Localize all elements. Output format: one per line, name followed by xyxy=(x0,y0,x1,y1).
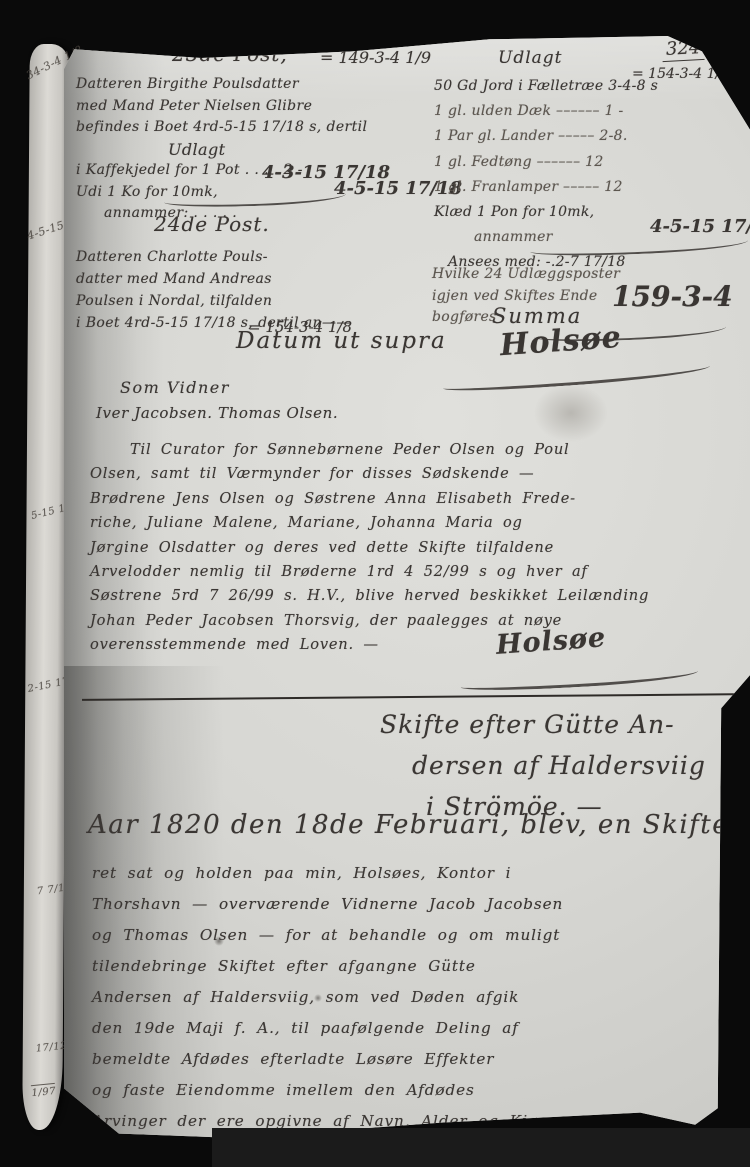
manuscript-line: Hvilke 24 Udlæggsposter xyxy=(432,264,620,286)
entry-body-paragraph: ret sat og holden paa min, Holsøes, Kont… xyxy=(92,858,748,1137)
heading-line: dersen af Haldersviig xyxy=(362,745,706,786)
manuscript-line: den 19de Maji f. A., til paafølgende Del… xyxy=(92,1013,748,1044)
manuscript-line: Jørgine Olsdatter og deres ved dette Ski… xyxy=(90,536,750,560)
manuscript-line: 1 gl. Franlamper ––––– 12 xyxy=(434,175,658,200)
udlagt-subheading: Udlagt xyxy=(498,48,563,68)
manuscript-line: riche, Juliane Malene, Mariane, Johanna … xyxy=(90,511,750,535)
paper-stain xyxy=(534,384,608,442)
summa-value: 159-3-4 xyxy=(612,280,733,313)
skifte-entry-heading: Skifte efter Gütte An- dersen af Halders… xyxy=(362,704,706,827)
datum-ut-supra: Datum ut supra xyxy=(236,328,447,354)
curator-paragraph: Til Curator for Sønnebørnene Peder Olsen… xyxy=(90,438,750,658)
manuscript-line: Datteren Charlotte Pouls- xyxy=(76,246,351,268)
manuscript-line: og faste Eiendomme imellem den Afdødes xyxy=(92,1075,748,1106)
margin-sum-fragment: 1/97 xyxy=(31,1083,57,1099)
manuscript-line: 50 Gd Jord i Fælletræe 3-4-8 s xyxy=(434,74,658,99)
manuscript-line: Johan Peder Jacobsen Thorsvig, der paale… xyxy=(90,609,750,633)
manuscript-line: Datteren Birgithe Poulsdatter xyxy=(76,74,367,96)
archive-scan: 34-3-4 1/8 4-5-15 5-15 17/18 2-15 17/18 … xyxy=(0,0,750,1167)
entry-opening-line: Aar 1820 den 18de Februari, blev, en Ski… xyxy=(88,810,739,840)
facing-page-edge: 34-3-4 1/8 4-5-15 5-15 17/18 2-15 17/18 … xyxy=(22,44,70,1130)
manuscript-line: Arvelodder nemlig til Brøderne 1rd 4 52/… xyxy=(90,560,750,584)
manuscript-line: Brødrene Jens Olsen og Søstrene Anna Eli… xyxy=(90,487,750,511)
manuscript-line: Klæd 1 Pon for 10mk, xyxy=(434,200,658,225)
manuscript-line: bemeldte Afdødes efterladte Løsøre Effek… xyxy=(92,1044,748,1075)
manuscript-line: Søstrene 5rd 7 26/99 s. H.V., blive herv… xyxy=(90,584,750,608)
witness-signatures: Iver Jacobsen. Thomas Olsen. xyxy=(96,404,338,422)
manuscript-line: og Thomas Olsen — for at behandle og om … xyxy=(92,920,748,951)
manuscript-line: tilendebringe Skiftet efter afgangne Güt… xyxy=(92,951,748,982)
margin-sum-fragment: 17/12 xyxy=(35,1041,67,1055)
manuscript-line: Olsen, samt til Værmynder for disses Sød… xyxy=(90,462,750,486)
post24-heading: 24de Post. xyxy=(154,212,270,236)
manuscript-line: ret sat og holden paa min, Holsøes, Kont… xyxy=(92,858,748,889)
manuscript-line: 1 gl. Fedtøng –––––– 12 xyxy=(434,150,658,175)
manuscript-line: datter med Mand Andreas xyxy=(76,268,351,290)
manuscript-page: 23de Post, = 149-3-4 1/9 324 = 154-3-4 1… xyxy=(64,36,750,1138)
udlagt-subheading: Udlagt xyxy=(76,139,367,161)
page-number: 324 xyxy=(661,37,705,62)
post23-heading: 23de Post, xyxy=(172,42,288,66)
post23-carry-forward-sum: = 149-3-4 1/9 xyxy=(320,48,431,67)
manuscript-line: befindes i Boet 4rd-5-15 17/18 s, dertil xyxy=(76,117,367,139)
manuscript-line: Til Curator for Sønnebørnene Peder Olsen… xyxy=(90,438,750,462)
entry-divider-rule xyxy=(82,693,746,701)
manuscript-line: Poulsen i Nordal, tilfalden xyxy=(76,290,351,312)
manuscript-line: med Mand Peter Nielsen Glibre xyxy=(76,96,367,118)
witness-heading: Som Vidner xyxy=(120,378,230,397)
manuscript-line: 1 Par gl. Lander ––––– 2-8. xyxy=(434,124,658,149)
manuscript-line: Thorshavn — overværende Vidnerne Jacob J… xyxy=(92,889,748,920)
scan-artifact xyxy=(212,1128,750,1167)
manuscript-line: 1 gl. ulden Dæk –––––– 1 - xyxy=(434,99,658,124)
manuscript-line: Andersen af Haldersviig, som ved Døden a… xyxy=(92,982,748,1013)
margin-sum-fragment: 4-5-15 xyxy=(25,218,66,242)
heading-line: Skifte efter Gütte An- xyxy=(362,704,706,745)
